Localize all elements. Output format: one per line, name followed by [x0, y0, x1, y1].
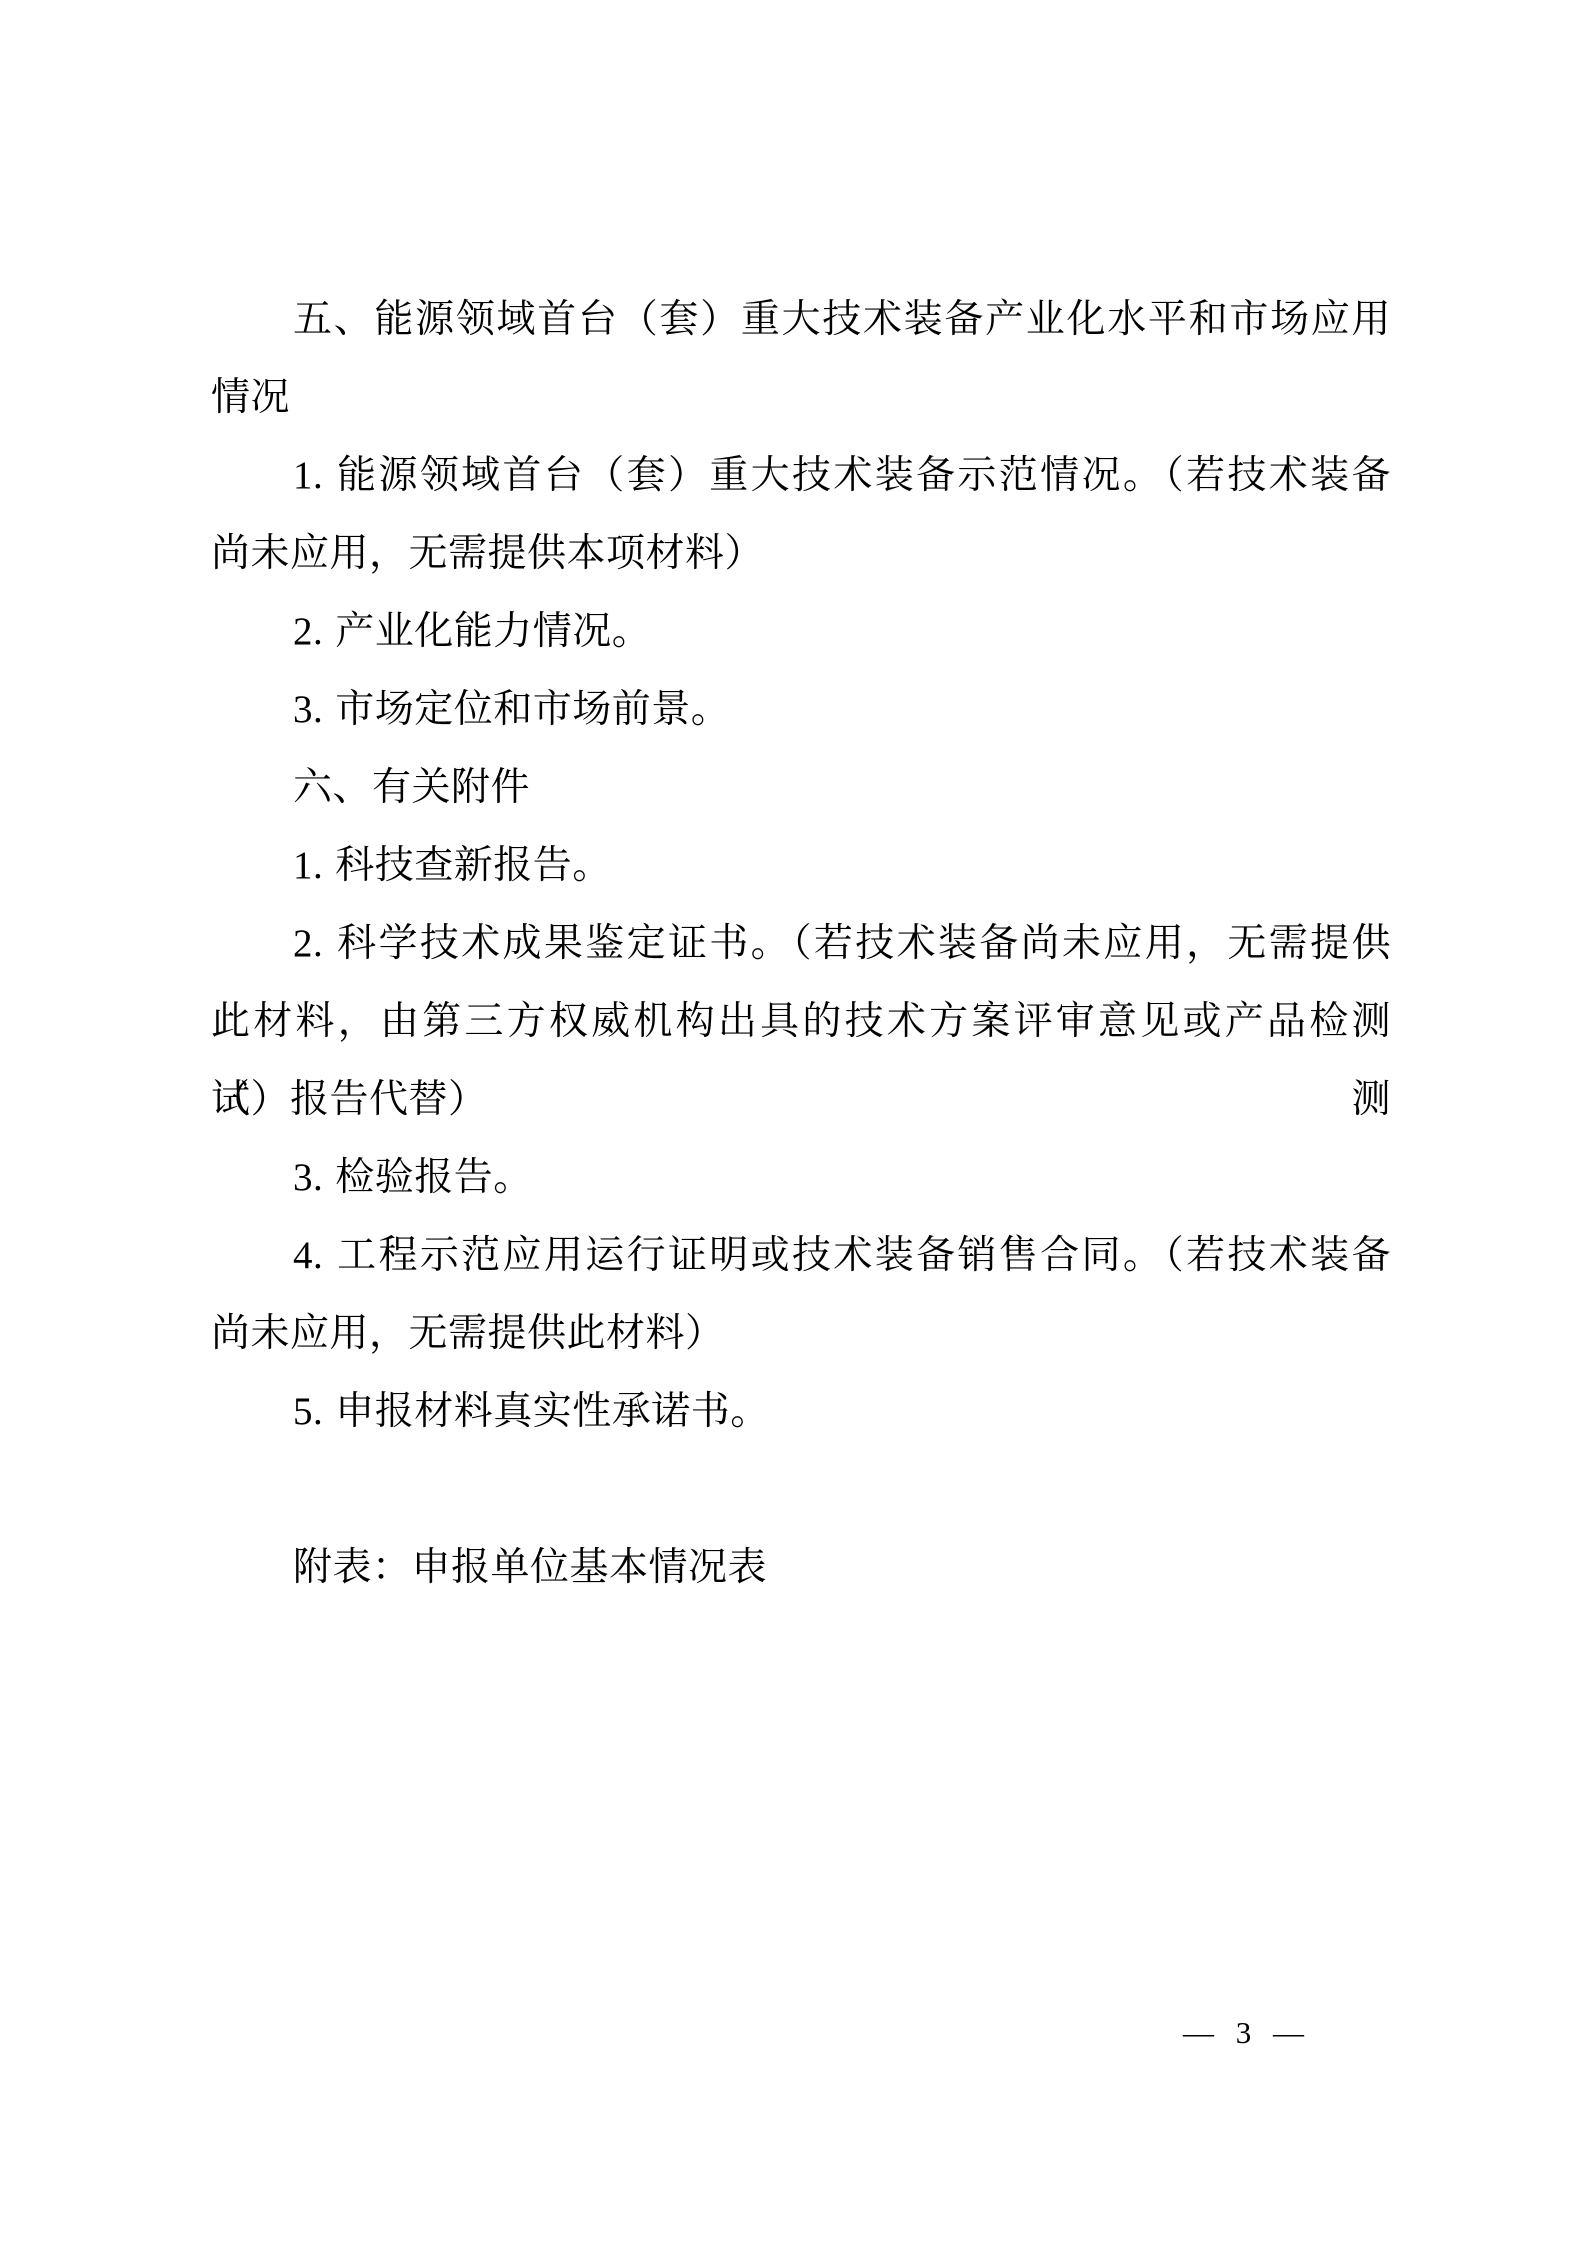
item-5-1-line2: 尚未应用，无需提供本项材料）	[211, 515, 1391, 593]
section-heading-5-line1: 五、能源领域首台（套）重大技术装备产业化水平和市场应用	[211, 281, 1391, 359]
line-text: 六、有关附件	[293, 766, 530, 809]
line-text: 申报材料真实性承诺书。	[335, 1390, 770, 1433]
item-5-1-line1: 1.能源领域首台（套）重大技术装备示范情况。（若技术装备	[211, 437, 1391, 515]
item-6-5: 5.申报材料真实性承诺书。	[211, 1373, 1391, 1451]
line-text: 能源领域首台（套）重大技术装备示范情况。（若技术装备	[335, 454, 1391, 497]
item-6-3: 3.检验报告。	[211, 1139, 1391, 1217]
document-page: 五、能源领域首台（套）重大技术装备产业化水平和市场应用情况1.能源领域首台（套）…	[0, 0, 1587, 2244]
section-heading-5-line2: 情况	[211, 359, 1391, 437]
line-text: 情况	[211, 376, 290, 419]
item-5-2: 2.产业化能力情况。	[211, 593, 1391, 671]
line-text: 科学技术成果鉴定证书。（若技术装备尚未应用，无需提供	[335, 922, 1391, 965]
item-6-1: 1.科技查新报告。	[211, 827, 1391, 905]
attachment-note: 附表：申报单位基本情况表	[211, 1529, 1391, 1607]
line-text: 五、能源领域首台（套）重大技术装备产业化水平和市场应用	[293, 298, 1391, 341]
line-text: 尚未应用，无需提供此材料）	[211, 1312, 725, 1355]
page-footer: — 3 —	[1183, 2010, 1403, 2056]
section-heading-6: 六、有关附件	[211, 749, 1391, 827]
line-text: 附表：申报单位基本情况表	[293, 1546, 767, 1589]
list-number-marker: 3.	[293, 688, 323, 731]
blank-line	[211, 1451, 1391, 1529]
document-lines: 五、能源领域首台（套）重大技术装备产业化水平和市场应用情况1.能源领域首台（套）…	[211, 281, 1391, 1607]
line-text: 工程示范应用运行证明或技术装备销售合同。（若技术装备	[335, 1234, 1391, 1277]
line-text: 市场定位和市场前景。	[335, 688, 730, 731]
item-6-2-line1: 2.科学技术成果鉴定证书。（若技术装备尚未应用，无需提供	[211, 905, 1391, 983]
list-number-marker: 3.	[293, 1156, 323, 1199]
list-number-marker: 1.	[293, 454, 323, 497]
line-text: 尚未应用，无需提供本项材料）	[211, 532, 764, 575]
item-6-2-line2: 此材料，由第三方权威机构出具的技术方案评审意见或产品检测（测	[211, 983, 1391, 1061]
line-text: 产业化能力情况。	[335, 610, 651, 653]
item-5-3: 3.市场定位和市场前景。	[211, 671, 1391, 749]
list-number-marker: 5.	[293, 1390, 323, 1433]
line-text: 科技查新报告。	[335, 844, 612, 887]
line-text: 检验报告。	[335, 1156, 533, 1199]
list-number-marker: 2.	[293, 610, 323, 653]
list-number-marker: 1.	[293, 844, 323, 887]
item-6-4-line1: 4.工程示范应用运行证明或技术装备销售合同。（若技术装备	[211, 1217, 1391, 1295]
list-number-marker: 2.	[293, 922, 323, 965]
item-6-4-line2: 尚未应用，无需提供此材料）	[211, 1295, 1391, 1373]
line-text: 试）报告代替）	[211, 1078, 488, 1121]
list-number-marker: 4.	[293, 1234, 323, 1277]
